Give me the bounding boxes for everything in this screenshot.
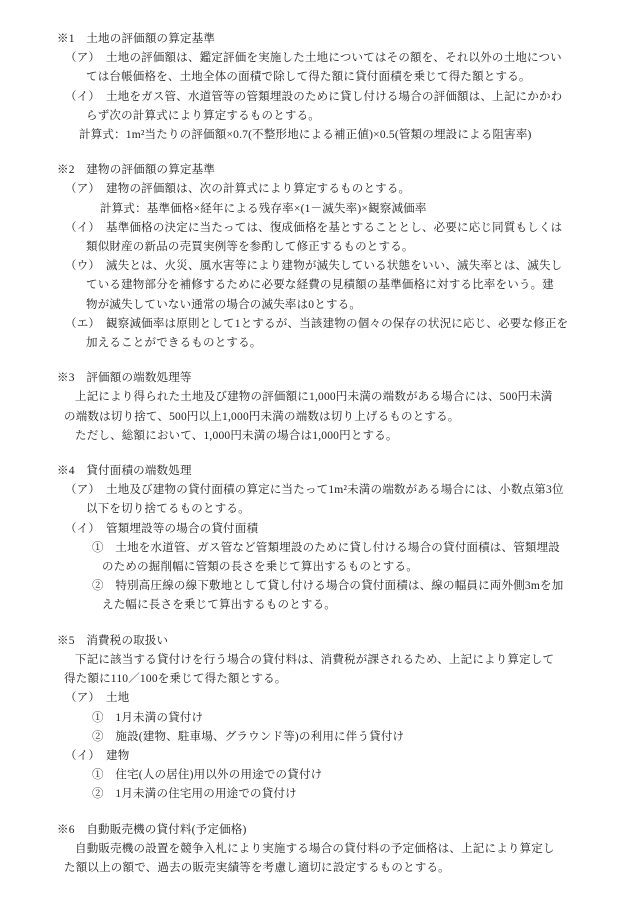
document-line: 得た額に110／100を乗じて得た額とする。 <box>64 670 577 689</box>
section-heading: ※6 自動販売機の貸付料(予定価格) <box>57 821 577 840</box>
document-line: 物が滅失していない通常の場合の滅失率は0とする。 <box>86 296 577 315</box>
document-line: （イ） 建物 <box>65 747 577 766</box>
section-heading: ※1 土地の評価額の算定基準 <box>57 30 577 49</box>
section-note6: ※6 自動販売機の貸付料(予定価格)自動販売機の設置を競争入札により実施する場合… <box>57 821 577 879</box>
document-line: （ア） 土地及び建物の貸付面積の算定に当たって1m²未満の端数がある場合には、小… <box>65 481 577 500</box>
document-line: （イ） 土地をガス管、水道管等の管類埋設のために貸し付ける場合の評価額は、上記に… <box>65 88 577 107</box>
document-line: 加えることができるものとする。 <box>86 334 577 353</box>
document-line: （ア） 土地 <box>65 689 577 708</box>
document-line: ① 土地を水道管、ガス管など管類埋設のために貸し付ける場合の貸付面積は、管類埋設 <box>92 539 577 558</box>
document-line: （ウ） 滅失とは、火災、風水害等により建物が滅失している状態をいい、滅失率とは、… <box>65 257 577 276</box>
document-line: ① 1月未満の貸付け <box>92 709 577 728</box>
section-note2: ※2 建物の評価額の算定基準（ア） 建物の評価額は、次の計算式により算定するもの… <box>57 161 577 353</box>
document-line: （イ） 基準価格の決定に当たっては、復成価格を基とすることとし、必要に応じ同質も… <box>65 219 577 238</box>
document-line: ② 1月未満の住宅用の用途での貸付け <box>92 785 577 804</box>
document-line: ② 施設(建物、駐車場、グラウンド等)の利用に伴う貸付け <box>92 728 577 747</box>
section-heading: ※2 建物の評価額の算定基準 <box>57 161 577 180</box>
document-line: 計算式：1m²当たりの評価額×0.7(不整形地による補正値)×0.5(管類の埋設… <box>79 126 577 145</box>
document-line: 計算式：基準価格×経年による残存率×(1－滅失率)×観察減価率 <box>100 200 577 219</box>
document-line: えた幅に長さを乗じて算出するものとする。 <box>102 596 577 615</box>
section-heading: ※3 評価額の端数処理等 <box>57 369 577 388</box>
document-line: （イ） 管類埋設等の場合の貸付面積 <box>65 520 577 539</box>
section-note5: ※5 消費税の取扱い下記に該当する貸付けを行う場合の貸付料は、消費税が課されるた… <box>57 632 577 805</box>
section-note4: ※4 貸付面積の端数処理（ア） 土地及び建物の貸付面積の算定に当たって1m²未満… <box>57 462 577 616</box>
document-line: ては台帳価格を、土地全体の面積で除して得た額に貸付面積を乗じて得た額とする。 <box>86 68 577 87</box>
document-page: ※1 土地の評価額の算定基準（ア） 土地の評価額は、鑑定評価を実施した土地につい… <box>0 0 630 915</box>
document-line: （ア） 建物の評価額は、次の計算式により算定するものとする。 <box>65 180 577 199</box>
document-line: のための掘削幅に管類の長さを乗じて算出するものとする。 <box>102 558 577 577</box>
document-body: ※1 土地の評価額の算定基準（ア） 土地の評価額は、鑑定評価を実施した土地につい… <box>57 30 577 878</box>
document-line: 以下を切り捨てるものとする。 <box>86 500 577 519</box>
section-note3: ※3 評価額の端数処理等上記により得られた土地及び建物の評価額に1,000円未満… <box>57 369 577 446</box>
section-heading: ※4 貸付面積の端数処理 <box>57 462 577 481</box>
document-line: ① 住宅(人の居住)用以外の用途での貸付け <box>92 766 577 785</box>
document-line: （ア） 土地の評価額は、鑑定評価を実施した土地についてはその額を、それ以外の土地… <box>65 49 577 68</box>
document-line: （エ） 観察減価率は原則として1とするが、当該建物の個々の保存の状況に応じ、必要… <box>65 315 577 334</box>
section-heading: ※5 消費税の取扱い <box>57 632 577 651</box>
document-line: 自動販売機の設置を競争入札により実施する場合の貸付料の予定価格は、上記により算定… <box>75 840 577 859</box>
document-line: 上記により得られた土地及び建物の評価額に1,000円未満の端数がある場合には、5… <box>75 388 577 407</box>
section-note1: ※1 土地の評価額の算定基準（ア） 土地の評価額は、鑑定評価を実施した土地につい… <box>57 30 577 145</box>
document-line: 下記に該当する貸付けを行う場合の貸付料は、消費税が課されるため、上記により算定し… <box>75 651 577 670</box>
document-line: ただし、総額において、1,000円未満の場合は1,000円とする。 <box>75 427 577 446</box>
document-line: の端数は切り捨て、500円以上1,000円未満の端数は切り上げるものとする。 <box>64 408 577 427</box>
document-line: た額以上の額で、過去の販売実績等を考慮し適切に設定するものとする。 <box>64 859 577 878</box>
document-line: らず次の計算式により算定するものとする。 <box>86 107 577 126</box>
document-line: 類似財産の新品の売買実例等を参酌して修正するものとする。 <box>86 238 577 257</box>
document-line: ている建物部分を補修するために必要な経費の見積額の基準価格に対する比率をいう。建 <box>86 276 577 295</box>
document-line: ② 特別高圧線の線下敷地として貸し付ける場合の貸付面積は、線の幅員に両外側3mを… <box>92 577 577 596</box>
